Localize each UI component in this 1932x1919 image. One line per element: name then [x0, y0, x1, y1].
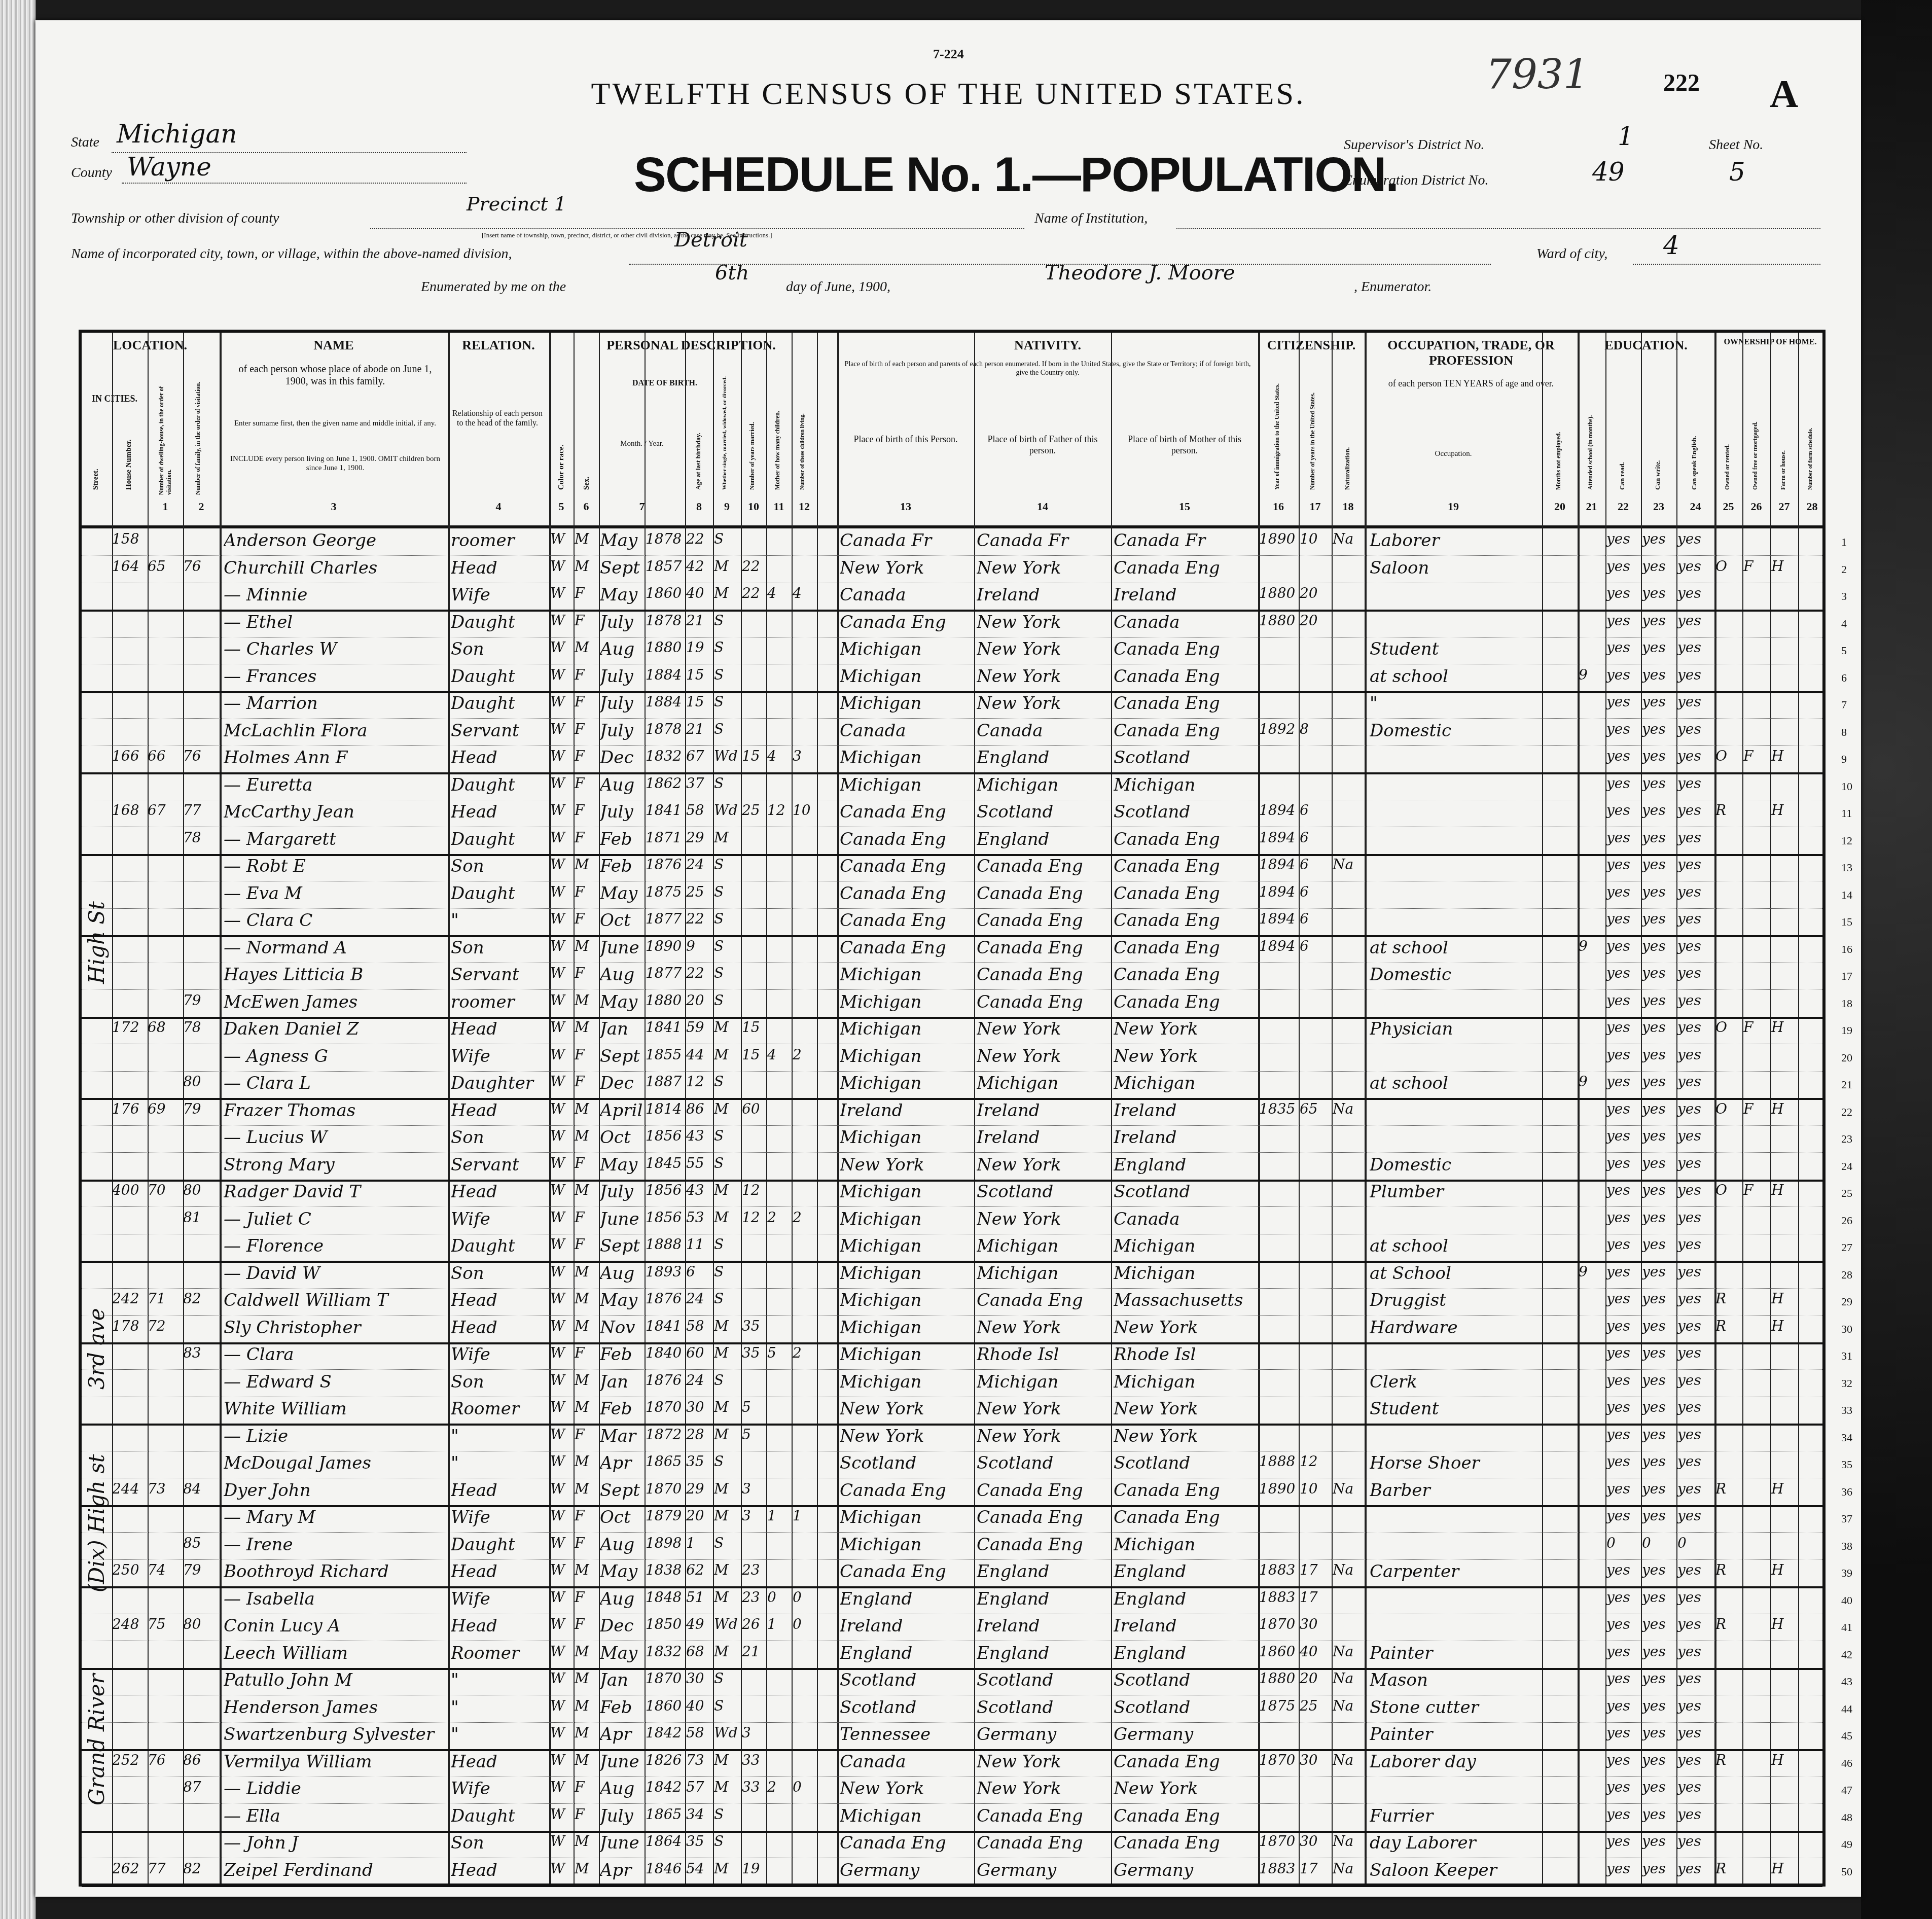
birth-year: 1880	[646, 639, 685, 656]
marital-status: S	[714, 1236, 741, 1253]
birthplace: Michigan	[840, 992, 974, 1012]
speaks-english: yes	[1677, 1290, 1714, 1307]
marital-status: S	[714, 1372, 741, 1389]
occupation: Saloon Keeper	[1370, 1860, 1542, 1880]
speaks-english: yes	[1677, 666, 1714, 683]
children-living: 0	[793, 1779, 817, 1795]
line-number: 42	[1841, 1648, 1852, 1661]
table-row: — EurettaDaughtWFAug186237SMichiganMichi…	[82, 773, 1822, 800]
sex: F	[575, 1589, 599, 1606]
birth-month: Oct	[600, 1127, 645, 1148]
occupation: Domestic	[1370, 721, 1542, 741]
father-birthplace: Canada Eng	[977, 1806, 1111, 1826]
father-birthplace: England	[977, 1561, 1111, 1582]
line-number: 36	[1841, 1485, 1852, 1499]
mother-birthplace: Scotland	[1114, 748, 1258, 768]
farm-house: H	[1771, 1480, 1798, 1497]
age: 51	[686, 1589, 713, 1606]
birth-year: 1870	[646, 1670, 685, 1687]
occupation: Painter	[1370, 1724, 1542, 1745]
can-write: yes	[1642, 1589, 1676, 1606]
table-row: 158Anderson GeorgeroomerWMMay187822SCana…	[82, 528, 1822, 556]
can-write: yes	[1642, 1480, 1676, 1497]
mother-birthplace: Canada Eng	[1114, 1806, 1258, 1826]
can-read: yes	[1606, 1344, 1641, 1361]
father-birthplace: Canada Eng	[977, 910, 1111, 931]
col-num-19: 19	[1365, 500, 1542, 513]
can-write: yes	[1642, 1697, 1676, 1714]
marital-status: S	[714, 992, 741, 1009]
birthplace: Michigan	[840, 1127, 974, 1148]
mother-of: 0	[767, 1589, 792, 1606]
race: W	[550, 558, 574, 575]
birth-month: May	[600, 530, 645, 551]
speaks-english: yes	[1677, 1643, 1714, 1660]
line-number: 32	[1841, 1377, 1852, 1390]
col-num-15: 15	[1111, 500, 1258, 513]
can-write: yes	[1642, 530, 1676, 547]
person-name: Conin Lucy A	[224, 1616, 447, 1636]
father-birthplace: Canada Eng	[977, 856, 1111, 876]
census-title: TWELFTH CENSUS OF THE UNITED STATES.	[35, 76, 1861, 112]
person-name: — Ethel	[224, 612, 447, 632]
naturalization: Na	[1333, 1833, 1365, 1850]
age: 40	[686, 1697, 713, 1714]
sex: M	[575, 1752, 599, 1768]
school-months: 9	[1579, 938, 1605, 954]
birth-year: 1856	[646, 1182, 685, 1198]
speaks-english: yes	[1677, 530, 1714, 547]
occupation: Furrier	[1370, 1806, 1542, 1826]
occupation: Hardware	[1370, 1318, 1542, 1338]
line-number: 14	[1841, 889, 1852, 902]
dwelling-number: 70	[148, 1182, 183, 1198]
person-name: — Juliet C	[224, 1209, 447, 1229]
mother-birthplace: Massachusetts	[1114, 1290, 1258, 1310]
col-num-13: 13	[837, 500, 974, 513]
person-name: Radger David T	[224, 1182, 447, 1202]
occupation: Mason	[1370, 1670, 1542, 1690]
sex: M	[575, 1127, 599, 1144]
years-in-us: 17	[1300, 1589, 1332, 1606]
birth-year: 1878	[646, 612, 685, 629]
table-row: McLachlin FloraServantWFJuly187821SCanad…	[82, 719, 1822, 746]
speaks-english: yes	[1677, 1507, 1714, 1524]
occupation: Saloon	[1370, 558, 1542, 578]
birth-month: July	[600, 666, 645, 687]
can-read: yes	[1606, 1100, 1641, 1117]
race: W	[550, 1290, 574, 1307]
table-row: — EllaDaughtWFJuly186534SMichiganCanada …	[82, 1804, 1822, 1833]
birth-year: 1832	[646, 748, 685, 764]
can-read: yes	[1606, 1290, 1641, 1307]
dwelling-number: 71	[148, 1290, 183, 1307]
group-nativity: NATIVITY.	[837, 338, 1258, 353]
age: 6	[686, 1263, 713, 1280]
mother-birthplace: Michigan	[1114, 1073, 1258, 1093]
col-num-25: 25	[1714, 500, 1742, 513]
relation: Servant	[451, 1155, 547, 1175]
immigration-year: 1880	[1259, 612, 1299, 629]
immigration-year: 1883	[1259, 1561, 1299, 1578]
family-number: 76	[183, 748, 220, 764]
owned-rented: R	[1715, 1616, 1742, 1632]
family-number: 83	[183, 1344, 220, 1361]
speaks-english: yes	[1677, 1263, 1714, 1280]
sex: M	[575, 1399, 599, 1415]
sex: F	[575, 666, 599, 683]
years-in-us: 20	[1300, 585, 1332, 601]
years-in-us: 65	[1300, 1100, 1332, 1117]
table-row: 2627782Zeipel FerdinandHeadWMApr184654M1…	[82, 1858, 1822, 1887]
can-read: yes	[1606, 992, 1641, 1009]
state-value: Michigan	[117, 119, 237, 149]
line-number: 30	[1841, 1323, 1852, 1336]
sex: F	[575, 1046, 599, 1063]
birth-year: 1878	[646, 530, 685, 547]
sex: F	[575, 1236, 599, 1253]
immigration-year: 1894	[1259, 910, 1299, 927]
race: W	[550, 1670, 574, 1687]
col-num-18: 18	[1332, 500, 1365, 513]
age: 68	[686, 1643, 713, 1660]
birth-month: Aug	[600, 1535, 645, 1555]
col-num-10: 10	[741, 500, 766, 513]
birth-month: June	[600, 1752, 645, 1772]
table-row: 1766979Frazer ThomasHeadWMApril181486M60…	[82, 1098, 1822, 1126]
can-write: yes	[1642, 1236, 1676, 1253]
mother-birthplace: New York	[1114, 1046, 1258, 1067]
relation: Servant	[451, 721, 547, 741]
person-name: Boothroyd Richard	[224, 1561, 447, 1582]
sex: M	[575, 1100, 599, 1117]
birth-year: 1898	[646, 1535, 685, 1551]
person-name: Hayes Litticia B	[224, 965, 447, 985]
years-married: 23	[742, 1589, 766, 1606]
occupation: day Laborer	[1370, 1833, 1542, 1853]
sex: M	[575, 1019, 599, 1036]
can-write: yes	[1642, 1426, 1676, 1443]
birth-month: Aug	[600, 775, 645, 795]
father-birthplace: Scotland	[977, 802, 1111, 822]
relation: Daught	[451, 693, 547, 714]
race: W	[550, 1616, 574, 1632]
relation: Wife	[451, 1589, 547, 1609]
can-read: yes	[1606, 1480, 1641, 1497]
age: 20	[686, 992, 713, 1009]
mother-birthplace: New York	[1114, 1779, 1258, 1799]
years-in-us: 17	[1300, 1561, 1332, 1578]
mother-birthplace: Ireland	[1114, 585, 1258, 605]
can-read: yes	[1606, 1372, 1641, 1389]
relation: Son	[451, 639, 547, 659]
enumeration-value: 49	[1592, 157, 1625, 187]
birth-year: 1855	[646, 1046, 685, 1063]
can-write: yes	[1642, 1263, 1676, 1280]
line-number: 48	[1841, 1811, 1852, 1824]
speaks-english: yes	[1677, 748, 1714, 764]
age: 86	[686, 1100, 713, 1117]
farm-house: H	[1771, 1752, 1798, 1768]
table-row: — John JSonWMJune186435SCanada EngCanada…	[82, 1831, 1822, 1858]
mother-birthplace: Canada Eng	[1114, 639, 1258, 659]
street-annotation: Grand River	[84, 1603, 109, 1805]
immigration-year: 1888	[1259, 1453, 1299, 1470]
table-row: — MinnieWifeWFMay186040M2244CanadaIrelan…	[82, 583, 1822, 612]
sex: F	[575, 802, 599, 819]
immigration-year: 1870	[1259, 1833, 1299, 1850]
race: W	[550, 883, 574, 900]
birth-month: Feb	[600, 1697, 645, 1718]
birth-month: Sept	[600, 1046, 645, 1067]
father-birthplace: Scotland	[977, 1453, 1111, 1473]
relation: Wife	[451, 1046, 547, 1067]
birthplace: Tennessee	[840, 1724, 974, 1745]
sheet-label: Sheet No.	[1709, 137, 1763, 153]
family-number: 82	[183, 1290, 220, 1307]
house-number: 262	[112, 1860, 148, 1877]
township-value: Precinct 1	[467, 193, 566, 215]
col-num-28: 28	[1798, 500, 1826, 513]
sex: F	[575, 721, 599, 737]
speaks-english: yes	[1677, 1670, 1714, 1687]
can-read: yes	[1606, 1670, 1641, 1687]
relation: roomer	[451, 530, 547, 551]
enumerator-label: , Enumerator.	[1354, 279, 1432, 295]
birth-year: 1872	[646, 1426, 685, 1443]
person-name: — Liddie	[224, 1779, 447, 1799]
table-row: — Lizie"WFMar187228M5New YorkNew YorkNew…	[82, 1424, 1822, 1451]
father-birthplace: Canada Eng	[977, 1535, 1111, 1555]
years-married: 12	[742, 1182, 766, 1198]
mother-birthplace: Michigan	[1114, 775, 1258, 795]
group-personal: PERSONAL DESCRIPTION.	[549, 338, 833, 353]
house-number: 248	[112, 1616, 148, 1632]
col-num-27: 27	[1770, 500, 1798, 513]
marital-status: S	[714, 883, 741, 900]
mother-birthplace: Canada	[1114, 1209, 1258, 1229]
immigration-year: 1894	[1259, 856, 1299, 873]
children-living: 0	[793, 1589, 817, 1606]
page-binding	[0, 0, 35, 1919]
sex: M	[575, 1724, 599, 1741]
birth-year: 1864	[646, 1833, 685, 1850]
birth-year: 1856	[646, 1209, 685, 1226]
person-name: Anderson George	[224, 530, 447, 551]
race: W	[550, 856, 574, 873]
state-label: State	[71, 134, 99, 151]
dwelling-number: 72	[148, 1318, 183, 1334]
birth-year: 1850	[646, 1616, 685, 1632]
mother-birthplace: Canada Eng	[1114, 693, 1258, 714]
birthplace: Canada Eng	[840, 829, 974, 849]
years-married: 26	[742, 1616, 766, 1632]
label-marital: Whether single, married, widowed, or div…	[722, 363, 728, 490]
marital-status: S	[714, 910, 741, 927]
col-num-1: 1	[148, 500, 183, 513]
relation: Head	[451, 1860, 547, 1880]
dwelling-number: 73	[148, 1480, 183, 1497]
sex: M	[575, 1860, 599, 1877]
birthplace: New York	[840, 558, 974, 578]
speaks-english: yes	[1677, 1724, 1714, 1741]
can-write: yes	[1642, 1019, 1676, 1036]
house-number: 168	[112, 802, 148, 819]
person-name: — Lucius W	[224, 1127, 447, 1148]
years-married: 15	[742, 748, 766, 764]
birth-year: 1860	[646, 585, 685, 601]
dwelling-number: 67	[148, 802, 183, 819]
sex: F	[575, 1779, 599, 1795]
relation: Wife	[451, 1344, 547, 1365]
race: W	[550, 1453, 574, 1470]
free-mortgaged: F	[1743, 1100, 1770, 1117]
years-in-us: 10	[1300, 530, 1332, 547]
mother-birthplace: Canada Eng	[1114, 721, 1258, 741]
family-number: 82	[183, 1860, 220, 1877]
marital-status: Wd	[714, 748, 741, 764]
birthplace: Michigan	[840, 1806, 974, 1826]
age: 62	[686, 1561, 713, 1578]
father-birthplace: Rhode Isl	[977, 1344, 1111, 1365]
speaks-english: yes	[1677, 1480, 1714, 1497]
col-num-26: 26	[1742, 500, 1770, 513]
father-birthplace: New York	[977, 612, 1111, 632]
relation: roomer	[451, 992, 547, 1012]
mother-of: 2	[767, 1209, 792, 1226]
immigration-year: 1880	[1259, 1670, 1299, 1687]
speaks-english: yes	[1677, 775, 1714, 792]
relation: Daught	[451, 666, 547, 687]
age: 11	[686, 1236, 713, 1253]
years-married: 21	[742, 1643, 766, 1660]
relation: Daught	[451, 1236, 547, 1256]
line-number: 2	[1841, 563, 1847, 576]
mother-birthplace: Canada Eng	[1114, 883, 1258, 904]
enumerated-prefix: Enumerated by me on the	[421, 279, 566, 295]
relation: Head	[451, 1019, 547, 1039]
family-number: 78	[183, 829, 220, 846]
birth-month: Jan	[600, 1019, 645, 1039]
can-read: yes	[1606, 1236, 1641, 1253]
birthplace: Canada Eng	[840, 612, 974, 632]
age: 58	[686, 802, 713, 819]
county-value: Wayne	[127, 152, 211, 182]
can-write: yes	[1642, 965, 1676, 981]
father-birthplace: New York	[977, 1209, 1111, 1229]
mother-birthplace: Canada Eng	[1114, 1507, 1258, 1527]
family-number: 80	[183, 1073, 220, 1090]
speaks-english: yes	[1677, 1453, 1714, 1470]
birthplace: Ireland	[840, 1616, 974, 1636]
form-number: 7-224	[933, 47, 964, 62]
person-name: — Margarett	[224, 829, 447, 849]
birthplace: Canada Eng	[840, 910, 974, 931]
birthplace: Canada Eng	[840, 938, 974, 958]
speaks-english: yes	[1677, 1318, 1714, 1334]
race: W	[550, 992, 574, 1009]
race: W	[550, 802, 574, 819]
speaks-english: yes	[1677, 612, 1714, 629]
birth-month: Feb	[600, 1399, 645, 1419]
line-number: 27	[1841, 1241, 1852, 1254]
years-in-us: 20	[1300, 1670, 1332, 1687]
dwelling-number: 74	[148, 1561, 183, 1578]
relation: Head	[451, 1100, 547, 1121]
table-row: — Robt ESonWMFeb187624SCanada EngCanada …	[82, 854, 1822, 881]
dwelling-number: 65	[148, 558, 183, 575]
table-row: 2507479Boothroyd RichardHeadWMMay183862M…	[82, 1559, 1822, 1588]
table-row: McDougal James"WMApr186535SScotlandScotl…	[82, 1451, 1822, 1478]
family-number: 76	[183, 558, 220, 575]
years-married: 60	[742, 1100, 766, 1117]
speaks-english: yes	[1677, 1399, 1714, 1415]
relation-desc: Relationship of each person to the head …	[452, 409, 543, 428]
age: 57	[686, 1779, 713, 1795]
birthplace: Michigan	[840, 693, 974, 714]
age: 30	[686, 1670, 713, 1687]
relation: Head	[451, 1290, 547, 1310]
speaks-english: yes	[1677, 639, 1714, 656]
line-number: 17	[1841, 970, 1852, 983]
can-read: yes	[1606, 1697, 1641, 1714]
naturalization: Na	[1333, 1480, 1365, 1497]
speaks-english: yes	[1677, 1752, 1714, 1768]
speaks-english: yes	[1677, 883, 1714, 900]
can-write: yes	[1642, 1670, 1676, 1687]
birth-year: 1876	[646, 856, 685, 873]
can-write: yes	[1642, 1372, 1676, 1389]
speaks-english: yes	[1677, 910, 1714, 927]
speaks-english: yes	[1677, 1100, 1714, 1117]
owned-rented: R	[1715, 1561, 1742, 1578]
can-write: yes	[1642, 802, 1676, 819]
can-write: yes	[1642, 585, 1676, 601]
can-write: yes	[1642, 1127, 1676, 1144]
can-write: yes	[1642, 1507, 1676, 1524]
age: 54	[686, 1860, 713, 1877]
occupation: Domestic	[1370, 965, 1542, 985]
can-write: yes	[1642, 1182, 1676, 1198]
years-in-us: 30	[1300, 1833, 1332, 1850]
speaks-english: yes	[1677, 1209, 1714, 1226]
birth-year: 1838	[646, 1561, 685, 1578]
birth-month: Aug	[600, 1779, 645, 1799]
birth-month: Dec	[600, 1616, 645, 1636]
age: 53	[686, 1209, 713, 1226]
years-in-us: 6	[1300, 856, 1332, 873]
marital-status: S	[714, 1535, 741, 1551]
birthplace: New York	[840, 1399, 974, 1419]
immigration-year: 1894	[1259, 802, 1299, 819]
father-birthplace: Michigan	[977, 1236, 1111, 1256]
birth-year: 1871	[646, 829, 685, 846]
person-name: — Lizie	[224, 1426, 447, 1446]
years-married: 5	[742, 1399, 766, 1415]
speaks-english: yes	[1677, 1561, 1714, 1578]
birth-year: 1865	[646, 1806, 685, 1823]
township-label: Township or other division of county	[71, 210, 279, 227]
speaks-english: yes	[1677, 856, 1714, 873]
col-num-2: 2	[183, 500, 220, 513]
label-farm-house: Farm or house.	[1779, 419, 1787, 490]
table-row: — Edward SSonWMJan187624SMichiganMichiga…	[82, 1370, 1822, 1397]
can-read: yes	[1606, 802, 1641, 819]
sex: M	[575, 1670, 599, 1687]
relation: Head	[451, 748, 547, 768]
sex: F	[575, 1344, 599, 1361]
birthplace: England	[840, 1643, 974, 1663]
